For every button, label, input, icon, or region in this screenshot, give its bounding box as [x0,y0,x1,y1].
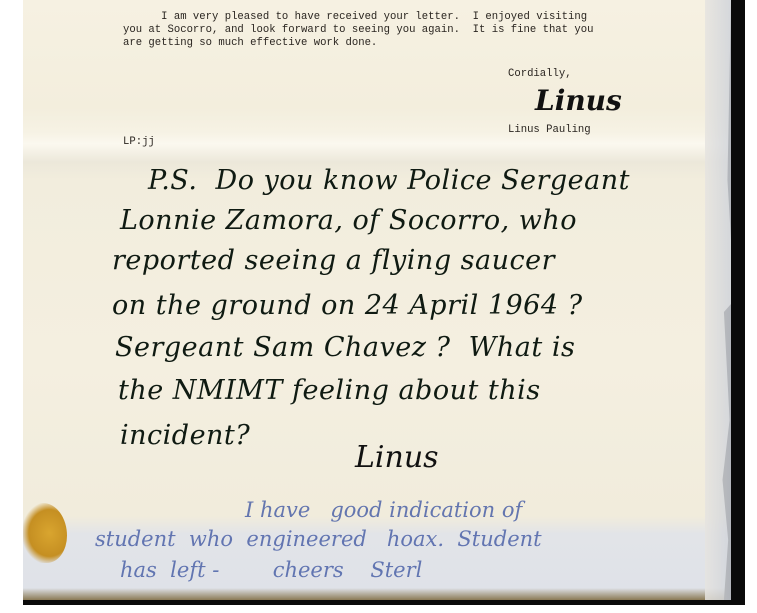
typed-name: Linus Pauling [508,124,591,137]
annotation-line-2: student who engineered hoax. Student [95,527,542,551]
letter-signature: Linus [535,84,622,117]
ps-line-3: reported seeing a flying saucer [112,245,555,276]
ps-line-4: on the ground on 24 April 1964 ? [112,290,583,321]
ps-line-6: the NMIMT feeling about this [118,375,541,406]
letter-body-line-1: I am very pleased to have received your … [123,11,587,24]
annotation-line-3: has left - cheers Sterl [120,558,422,582]
ps-line-5: Sergeant Sam Chavez ? What is [115,332,575,363]
ps-line-1: P.S. Do you know Police Sergeant [148,165,630,196]
ps-signature: Linus [355,440,439,475]
letter-closing: Cordially, [508,68,572,81]
letter-body-line-3: are getting so much effective work done. [123,37,377,50]
ps-line-2: Lonnie Zamora, of Socorro, who [120,205,577,236]
letter-body-line-2: you at Socorro, and look forward to seei… [123,24,593,37]
annotation-line-1: I have good indication of [245,498,522,522]
paper-right-edge [705,0,731,600]
typist-initials: LP:jj [123,136,155,149]
ps-line-7: incident? [120,420,250,451]
